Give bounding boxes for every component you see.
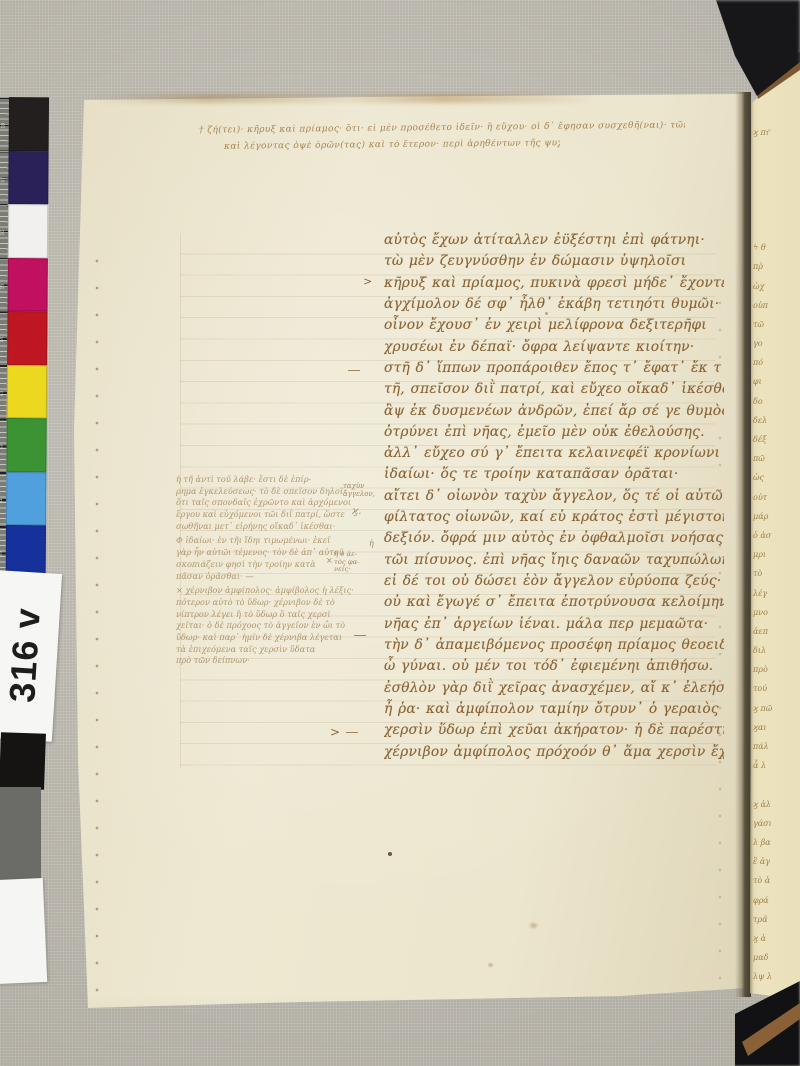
text-fragment: ὡς xyxy=(753,468,799,487)
facing-page-text-fragments: ϗ πτ͂ϟ θπῤὠχοὐπτῶγοπόφιδοδελδέξπῶὡςοὐτμά… xyxy=(753,123,799,1025)
color-calibration-bar: 181716151413121110 xyxy=(0,97,49,579)
marginal-symbol: ἡ xyxy=(369,539,374,548)
text-fragment: διλ xyxy=(753,641,799,660)
text-line: ἐσθλὸν γὰρ διῒ χεῖρας ἀνασχέμεν, αἴ κ᾽ ἐ… xyxy=(384,678,724,699)
text-fragment: ϗ ἀ xyxy=(753,929,799,948)
text-fragment: λψ λ xyxy=(753,967,799,986)
text-fragment xyxy=(753,181,799,200)
text-fragment: λ βα xyxy=(753,833,799,852)
text-fragment: μνο xyxy=(753,603,799,622)
color-patch xyxy=(8,151,48,205)
scholion-line: σωθῆναι μετ᾽ εἰρήνης οἴκαδ᾽ ἱκέσθαι· xyxy=(176,521,374,533)
text-fragment: γο xyxy=(753,334,799,353)
text-fragment: ϗαι xyxy=(753,718,799,737)
text-line: στῆ δ᾽ ἵππων προπάροιθεν ἔπος τ᾽ ἔφατ᾽ ἔ… xyxy=(384,358,724,379)
diple-sign: > xyxy=(363,275,372,288)
text-line: νῆας ἐπ᾽ ἀργείων ἰέναι. μάλα περ μεμαῶτα… xyxy=(384,614,724,635)
text-fragment: ϗ ἀλ xyxy=(753,795,799,814)
color-patch xyxy=(6,472,46,526)
text-fragment: μρι xyxy=(753,545,799,564)
text-line: τὼ μὲν ζευγνύσθην ἐν δώμασιν ὑψηλοῖσι xyxy=(384,251,724,272)
scholion-line: πρὸ τῶν δείπνων· xyxy=(176,655,374,667)
color-patch xyxy=(7,311,47,365)
color-patch xyxy=(9,97,49,151)
text-fragment: δελ xyxy=(753,411,799,430)
text-line: τὴν δ᾽ ἀπαμειβόμενος προσέφη πρίαμος θεο… xyxy=(384,635,724,656)
text-fragment: οὐπ xyxy=(753,296,799,315)
text-fragment xyxy=(753,161,799,180)
text-line: ὀτρύνει ἐπὶ νῆας, ἐμεῖο μὲν οὐκ ἐθελούση… xyxy=(384,422,724,443)
scholion-line: πότερον αὐτὸ τὸ ὕδωρ· χέρνιβον δὲ τὸ xyxy=(176,597,374,609)
color-patch xyxy=(6,418,46,472)
text-line: ἰδαίωι· ὅς τε τροίην καταπᾶσαν ὁρᾶται· xyxy=(384,464,724,485)
scholion-line: νίπτρον λέγει ἢ τὸ ὕδωρ ὃ ταῖς χερσὶ xyxy=(176,609,374,621)
text-fragment: πό xyxy=(753,353,799,372)
text-line: ἀγχίμολον δέ σφ᾽ ἦλθ᾽ ἑκάβη τετιηότι θυμ… xyxy=(384,294,724,315)
text-fragment: γάσι xyxy=(753,814,799,833)
main-text-block: αὐτὸς ἔχων ἀτίταλλεν ἐϋξέστηι ἐπὶ φάτνηι… xyxy=(384,230,724,763)
text-line: ἀλλ᾽ εὔχεο σύ γ᾽ ἔπειτα κελαινεφέϊ κρονί… xyxy=(384,443,724,464)
text-line: χερσὶν ὕδωρ ἐπὶ χεῦαι ἀκήρατον· ἡ δὲ παρ… xyxy=(384,720,724,741)
scholion-line: ὅτι ταῖς σπονδαῖς ἐχρῶντο καὶ ἀρχόμενοι xyxy=(176,497,374,509)
gloss-line: νείς· xyxy=(334,566,359,574)
gloss-cross-mark: × xyxy=(326,556,333,565)
text-fragment: τὸ ἀ xyxy=(753,871,799,890)
text-fragment: οὐτ xyxy=(753,488,799,507)
text-fragment: τού xyxy=(753,679,799,698)
text-fragment: ϗ πῶ xyxy=(753,699,799,718)
text-fragment: πρὸ xyxy=(753,660,799,679)
text-fragment: φρά xyxy=(753,891,799,910)
text-fragment: μάρ xyxy=(753,507,799,526)
scholion-line: ἔργου καὶ εὐχόμενοι τῶι διῒ πατρί, ὥστε xyxy=(176,509,374,521)
text-fragment: τὸ xyxy=(753,564,799,583)
text-line: φίλτατος οἰωνῶν, καί εὑ κράτος ἐστὶ μέγι… xyxy=(384,507,724,528)
color-patches xyxy=(6,97,49,579)
text-fragment: ἇ λ xyxy=(753,756,799,775)
text-line: οὐ καὶ ἔγωγέ σ᾽ ἔπειτα ἐποτρύνουσα κελοί… xyxy=(384,592,724,613)
text-fragment xyxy=(753,775,799,794)
text-line: ὦ γύναι. οὐ μέν τοι τόδ᾽ ἐφιεμένηι ἀπιθή… xyxy=(384,656,724,677)
text-fragment: δο xyxy=(753,392,799,411)
text-fragment: ϟ θ xyxy=(753,238,799,257)
text-fragment: τρᾶ xyxy=(753,910,799,929)
text-fragment: ὁ ἀσ xyxy=(753,526,799,545)
text-fragment: δέξ xyxy=(753,430,799,449)
text-fragment: ὠχ xyxy=(753,277,799,296)
text-line: τῶι πίσυνος. ἐπὶ νῆας ἴηις δαναῶν ταχυπώ… xyxy=(384,550,724,571)
top-edge-stain xyxy=(95,94,655,103)
folio-label: 316 v xyxy=(0,570,62,742)
text-fragment xyxy=(753,142,799,161)
text-line: χέρνιβον ἀμφίπολος πρόχοόν θ᾽ ἅμα χερσὶν… xyxy=(384,742,724,763)
marginal-gloss: ἢ ὁ ἀε-τὸς φα-νείς· xyxy=(334,551,359,574)
text-fragment: τῶ xyxy=(753,315,799,334)
folio-label-text: 316 v xyxy=(0,570,61,739)
text-line: τῆ, σπεῖσον διῒ πατρί, καὶ εὔχεο οἴκαδ᾽ … xyxy=(384,379,724,400)
text-fragment: μαδ xyxy=(753,948,799,967)
text-fragment: λέγ xyxy=(753,584,799,603)
text-line: κῆρυξ καὶ πρίαμος, πυκινὰ φρεσὶ μήδε᾽ ἔχ… xyxy=(384,273,724,294)
scholion-3: × χέρνιβον ἀμφίπολος· ἀμφίβολος ἡ λέξις·… xyxy=(176,585,374,667)
color-patch xyxy=(8,258,48,312)
text-fragment xyxy=(753,219,799,238)
text-line: ἂψ ἐκ δυσμενέων ἀνδρῶν, ἐπεί ἄρ σέ γε θυ… xyxy=(384,401,724,422)
scholion-line: τὰ ἐπιχεόμενα ταῖς χερσὶν ὕδατα xyxy=(176,644,374,656)
ink-stain xyxy=(388,852,392,856)
scholion-line: Φ ἰδαίωι· ἐν τῆι ἴδηι τιμωμένωι· ἐκεῖ xyxy=(176,535,374,547)
gray-scale-patch-black xyxy=(0,732,46,790)
marginal-symbol: ϗ. xyxy=(352,506,361,517)
marginal-gloss: ταχὺν ἄγγελον, xyxy=(343,482,375,498)
text-fragment: ἀεπ xyxy=(753,622,799,641)
scholion-line: ὕδωρ· καὶ παρ᾽ ἡμῖν δὲ χέρνιβα λέγεται xyxy=(176,632,374,644)
text-fragment: ἒ ἀγ xyxy=(753,852,799,871)
end-paragraphos-sign: > ― xyxy=(330,725,359,739)
text-line: εἰ δέ τοι οὐ δώσει ἑὸν ἄγγελον εὐρύοπα ζ… xyxy=(384,571,724,592)
parchment-spot xyxy=(488,963,493,967)
gray-scale-patch-gray xyxy=(0,787,41,883)
text-line: αὐτὸς ἔχων ἀτίταλλεν ἐϋξέστηι ἐπὶ φάτνηι… xyxy=(384,230,724,251)
text-fragment xyxy=(753,200,799,219)
text-fragment: φι xyxy=(753,372,799,391)
blank-label-card xyxy=(0,878,47,984)
text-fragment: ϗ πτ͂ xyxy=(753,123,799,142)
scholion-line: χεῖται· ὁ δὲ πρόχοος τὸ ἀγγεῖον ἐν ὧι τὸ xyxy=(176,620,374,632)
text-fragment: πάλ xyxy=(753,737,799,756)
paragraphos-sign: ― xyxy=(348,363,358,377)
parchment-stain xyxy=(530,923,537,928)
facing-page-edge: ϗ πτ͂ϟ θπῤὠχοὐπτῶγοπόφιδοδελδέξπῶὡςοὐτμά… xyxy=(749,55,800,1000)
text-line: οἶνον ἔχουσ᾽ ἐν χειρὶ μελίφρονα δεξιτερῆ… xyxy=(384,315,724,336)
photo-backdrop: † ζή(τει)· κῆρυξ καὶ πρίαμος· ὅτι· εἰ μὲ… xyxy=(0,0,800,1066)
pricking-holes-left xyxy=(94,258,100,1006)
scholion-line: × χέρνιβον ἀμφίπολος· ἀμφίβολος ἡ λέξις· xyxy=(176,585,374,597)
gutter-shadow xyxy=(735,92,751,997)
text-line: χρυσέωι ἐν δέπαϊ· ὄφρα λείψαντε κιοίτην· xyxy=(384,337,724,358)
text-line: αἴτει δ᾽ οἰωνὸν ταχὺν ἄγγελον, ὅς τέ οἱ … xyxy=(384,486,724,507)
text-line: ἦ ῥα· καὶ ἀμφίπολον ταμίην ὄτρυν᾽ ὁ γερα… xyxy=(384,699,724,720)
color-patch xyxy=(8,204,48,258)
text-fragment: πῶ xyxy=(753,449,799,468)
color-patch xyxy=(7,365,47,419)
text-fragment: πῤ xyxy=(753,257,799,276)
text-line: δεξιόν. ὄφρά μιν αὐτὸς ἐν ὀφθαλμοῖσι νοή… xyxy=(384,528,724,549)
